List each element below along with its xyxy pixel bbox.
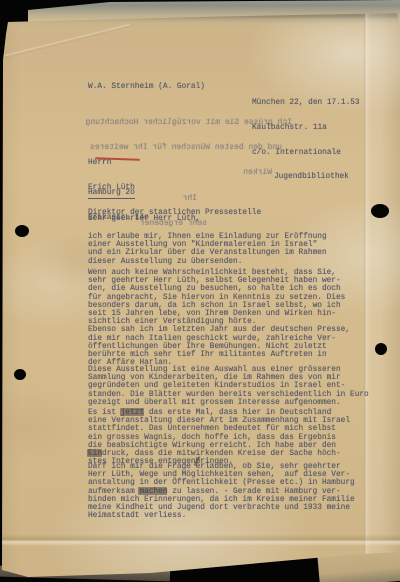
sender-street-line: Kaulbachstr. 11a	[252, 124, 360, 132]
sender-co-line: c/o. Internationale	[252, 149, 360, 157]
letter-paragraph-3: Diese Ausstellung ist eine Auswahl aus e…	[88, 366, 400, 407]
punch-hole-left-top	[15, 225, 29, 237]
letter-paragraph-4: Es ist jetzt das erste Mal, dass hier in…	[88, 409, 400, 466]
date-address-block: München 22, den 17.1.53 Kaulbachstr. 11a…	[252, 83, 360, 198]
scanned-letter-page: Ich grüsse Sie mit vorzüglicher Hochacht…	[0, 0, 400, 582]
typeover-smudge-machen	[138, 487, 167, 495]
date-line: München 22, den 17.1.53	[252, 99, 360, 107]
recipient-salute: Herrn	[88, 159, 261, 167]
letter-paragraph-1: ich erlaube mir, Ihnen eine Einladung zu…	[88, 233, 400, 266]
salutation-line: Sehr geehrter Herr Lüth,	[88, 215, 200, 223]
letter-paragraph-5: Darf ich mir die Frage erlauben, ob Sie,…	[88, 463, 400, 520]
typeover-smudge-eindruck	[87, 449, 102, 457]
letter-paper-sheet: Ich grüsse Sie mit vorzüglicher Hochacht…	[0, 0, 400, 582]
punch-hole-left-bottom	[14, 369, 26, 380]
paper-crease-bottom	[0, 534, 400, 546]
letter-paragraph-2: Wenn auch keine Wahrscheinlichkeit beste…	[88, 269, 400, 367]
punch-hole-right-bottom	[375, 343, 387, 355]
recipient-city: Hamburg 2o	[88, 189, 135, 199]
sender-org-line: Jugendbibliothek	[252, 173, 360, 181]
sender-line: W.A. Sternheim (A. Goral)	[88, 83, 205, 91]
typeover-smudge-jetzt	[120, 408, 144, 416]
recipient-address-block: Hamburg 2o Erikastr. 14o	[88, 173, 149, 239]
punch-hole-right-top	[371, 204, 389, 218]
